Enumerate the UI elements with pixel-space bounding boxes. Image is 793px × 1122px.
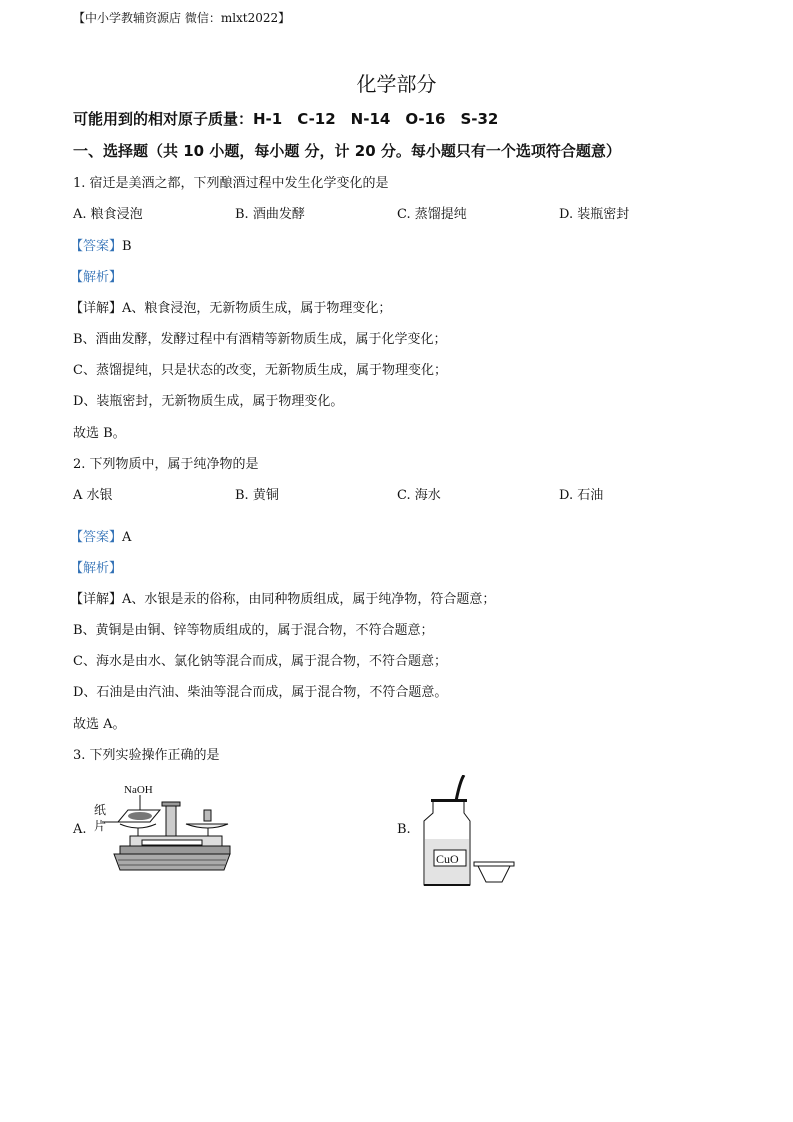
atomic-mass-line: 可能用到的相对原子质量：H-1 C-12 N-14 O-16 S-32	[73, 108, 498, 129]
svg-text:NaOH: NaOH	[124, 784, 153, 796]
q1-option-d: D. 装瓶密封	[559, 203, 629, 222]
question-3-stem: 3. 下列实验操作正确的是	[73, 744, 220, 763]
q1-detail-c: C、蒸馏提纯，只是状态的改变，无新物质生成，属于物理变化；	[73, 359, 447, 378]
q2-detail-b: B、黄铜是由铜、锌等物质组成的，属于混合物，不符合题意；	[73, 619, 434, 638]
answer-value: B	[122, 239, 132, 254]
q2-option-d: D. 石油	[559, 484, 603, 503]
q2-answer: 【答案】A	[70, 526, 131, 545]
reagent-bottle-figure: CuO	[418, 775, 518, 887]
answer-label: 【答案】	[70, 530, 122, 545]
q2-detail-a: 【详解】A、水银是汞的俗称，由同种物质组成，属于纯净物，符合题意；	[70, 588, 495, 607]
watermark: 【中小学教辅资源店 微信：mlxt2022】	[73, 9, 290, 26]
section-heading: 一、选择题（共 10 小题，每小题 分，计 20 分。每小题只有一个选项符合题意…	[73, 140, 621, 161]
balance-figure: NaOH 纸 片	[90, 780, 235, 875]
detail-label: 【详解】	[70, 592, 122, 607]
figure-b-label: B.	[397, 822, 411, 837]
q1-option-b: B. 酒曲发酵	[235, 203, 305, 222]
svg-text:CuO: CuO	[436, 852, 459, 866]
figure-a-label: A.	[73, 822, 87, 837]
svg-text:纸: 纸	[94, 803, 106, 817]
q1-option-a: A. 粮食浸泡	[73, 203, 143, 222]
q2-option-a: A 水银	[73, 484, 113, 503]
balance-icon: NaOH 纸 片	[90, 780, 235, 875]
q1-analysis-label: 【解析】	[70, 266, 122, 285]
answer-label: 【答案】	[70, 239, 122, 254]
q1-conclusion: 故选 B。	[73, 422, 126, 441]
q1-detail-d: D、装瓶密封，无新物质生成，属于物理变化。	[73, 390, 343, 409]
q2-detail-c: C、海水是由水、氯化钠等混合而成，属于混合物，不符合题意；	[73, 650, 447, 669]
q2-analysis-label: 【解析】	[70, 557, 122, 576]
q2-conclusion: 故选 A。	[73, 713, 126, 732]
question-1-stem: 1. 宿迁是美酒之都，下列酿酒过程中发生化学变化的是	[73, 172, 389, 191]
q1-detail-a: 【详解】A、粮食浸泡，无新物质生成，属于物理变化；	[70, 297, 391, 316]
q2-option-c: C. 海水	[397, 484, 441, 503]
detail-label: 【详解】	[70, 301, 122, 316]
q2-detail-d: D、石油是由汽油、柴油等混合而成，属于混合物，不符合题意。	[73, 681, 447, 700]
question-2-stem: 2. 下列物质中，属于纯净物的是	[73, 453, 259, 472]
reagent-bottle-icon: CuO	[418, 775, 518, 887]
q1-answer: 【答案】B	[70, 235, 132, 254]
svg-text:片: 片	[94, 818, 106, 833]
q2-option-b: B. 黄铜	[235, 484, 279, 503]
page-title: 化学部分	[0, 68, 793, 97]
q1-detail-b: B、酒曲发酵，发酵过程中有酒精等新物质生成，属于化学变化；	[73, 328, 447, 347]
answer-value: A	[122, 530, 131, 545]
q1-option-c: C. 蒸馏提纯	[397, 203, 467, 222]
